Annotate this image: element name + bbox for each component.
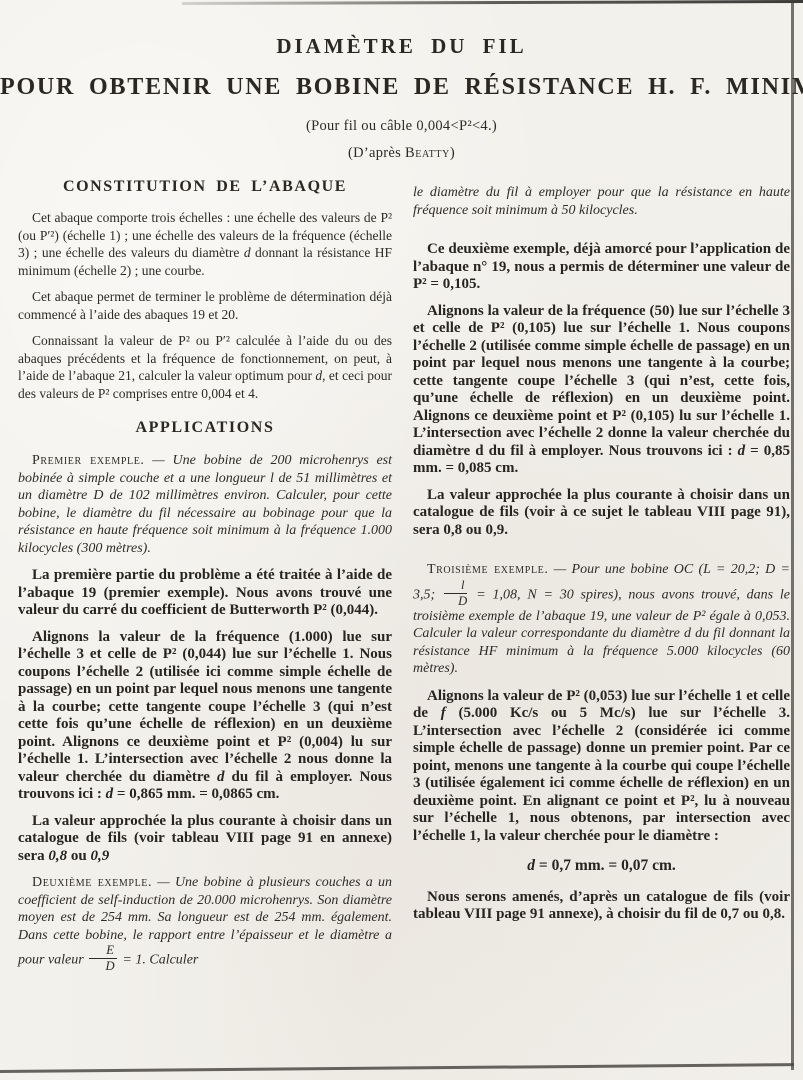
variable: d: [527, 857, 535, 874]
example-lead: Deuxième exemple.: [32, 875, 152, 890]
author-name: Beatty: [405, 145, 450, 161]
constitution-paragraph-2: Cet abaque permet de terminer le problèm…: [18, 288, 392, 323]
example-lead: Troisième exemple.: [427, 562, 548, 577]
right-column: le diamètre du fil à employer pour que l…: [413, 184, 790, 933]
deuxieme-exemple-solution-2: Alignons la valeur de la fréquence (50) …: [413, 303, 790, 478]
constitution-paragraph-1: Cet abaque comporte trois échelles : une…: [18, 209, 392, 279]
section-heading-constitution: CONSTITUTION DE L’ABAQUE: [18, 178, 392, 196]
premier-exemple-solution-1: La première partie du problème a été tra…: [18, 567, 392, 620]
scan-edge-top: [182, 0, 803, 5]
variable: f: [441, 705, 446, 721]
deuxieme-exemple-solution-3: La valeur approchée la plus courante à c…: [413, 487, 790, 540]
fraction: lD: [444, 579, 468, 608]
subtitle-attribution: (D’après Beatty): [0, 145, 803, 162]
troisieme-exemple-paragraph: Troisième exemple. — Pour une bobine OC …: [413, 561, 790, 678]
fraction: ED: [89, 944, 117, 973]
result-formula: d = 0,7 mm. = 0,07 cm.: [413, 857, 790, 875]
page-title-line-1: DIAMÈTRE DU FIL: [0, 34, 803, 59]
deuxieme-exemple-continuation: le diamètre du fil à employer pour que l…: [413, 184, 790, 219]
attribution-prefix: (D’après: [348, 145, 405, 161]
variable: d: [106, 786, 114, 802]
premier-exemple-solution-3: La valeur approchée la plus courante à c…: [18, 813, 392, 866]
variable: 0,8: [48, 848, 67, 864]
constitution-paragraph-3: Connaissant la valeur de P² ou P′² calcu…: [18, 332, 392, 402]
variable: 0,9: [91, 848, 110, 864]
variable: d: [738, 443, 746, 459]
troisieme-exemple-solution-1: Alignons la valeur de P² (0,053) lue sur…: [413, 688, 790, 846]
variable: d: [217, 769, 225, 785]
deuxieme-exemple-paragraph: Deuxième exemple. — Une bobine à plusieu…: [18, 874, 392, 973]
variable: d: [315, 368, 322, 383]
variable: d: [244, 245, 251, 260]
subtitle-condition: (Pour fil ou câble 0,004<P²<4.): [0, 118, 803, 135]
document-header: DIAMÈTRE DU FIL POUR OBTENIR UNE BOBINE …: [0, 34, 803, 172]
troisieme-exemple-solution-2: Nous serons amenés, d’après un catalogue…: [413, 889, 790, 924]
section-heading-applications: APPLICATIONS: [18, 419, 392, 437]
page-title-line-2: POUR OBTENIR UNE BOBINE DE RÉSISTANCE H.…: [0, 74, 803, 101]
scanned-document-page: { "header": { "title_line1": "DIAMÈTRE D…: [0, 0, 803, 1080]
left-column: CONSTITUTION DE L’ABAQUECet abaque compo…: [18, 178, 392, 983]
premier-exemple-solution-2: Alignons la valeur de la fréquence (1.00…: [18, 629, 392, 804]
example-lead: Premier exemple.: [32, 453, 145, 468]
scan-edge-bottom: [0, 1063, 794, 1072]
deuxieme-exemple-solution-1: Ce deuxième exemple, déjà amorcé pour l’…: [413, 241, 790, 294]
premier-exemple-paragraph: Premier exemple. — Une bobine de 200 mic…: [18, 452, 392, 557]
attribution-suffix: ): [450, 145, 455, 161]
